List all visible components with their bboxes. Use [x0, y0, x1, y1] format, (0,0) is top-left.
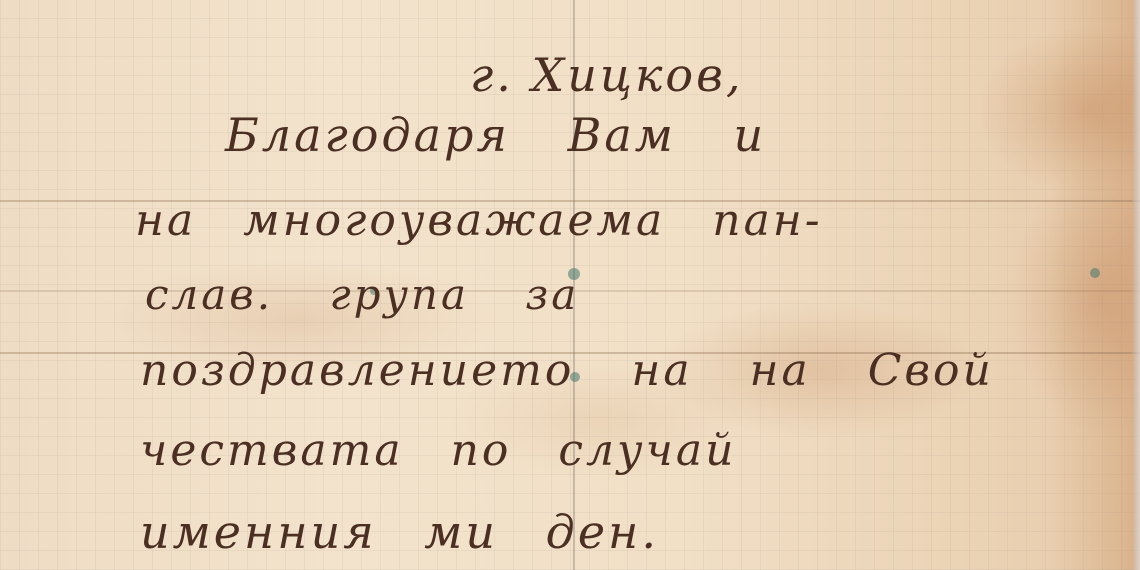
- salutation-line: г. Хицков,: [470, 48, 744, 102]
- letter-line-6: чествата по случай: [140, 425, 737, 476]
- letter-page: г. Хицков, Благодаря Вам и на многоуважа…: [0, 0, 1140, 570]
- letter-line-2: Благодаря Вам и: [225, 108, 766, 162]
- letter-line-5: поздравлението на на Свой: [140, 345, 994, 396]
- letter-line-3: на многоуважаема пан-: [135, 195, 823, 246]
- letter-line-4: слав. група за: [145, 270, 579, 319]
- letter-line-7: именния ми ден.: [140, 505, 659, 559]
- paper-edge: [1132, 0, 1140, 570]
- ink-blot: [1090, 268, 1100, 278]
